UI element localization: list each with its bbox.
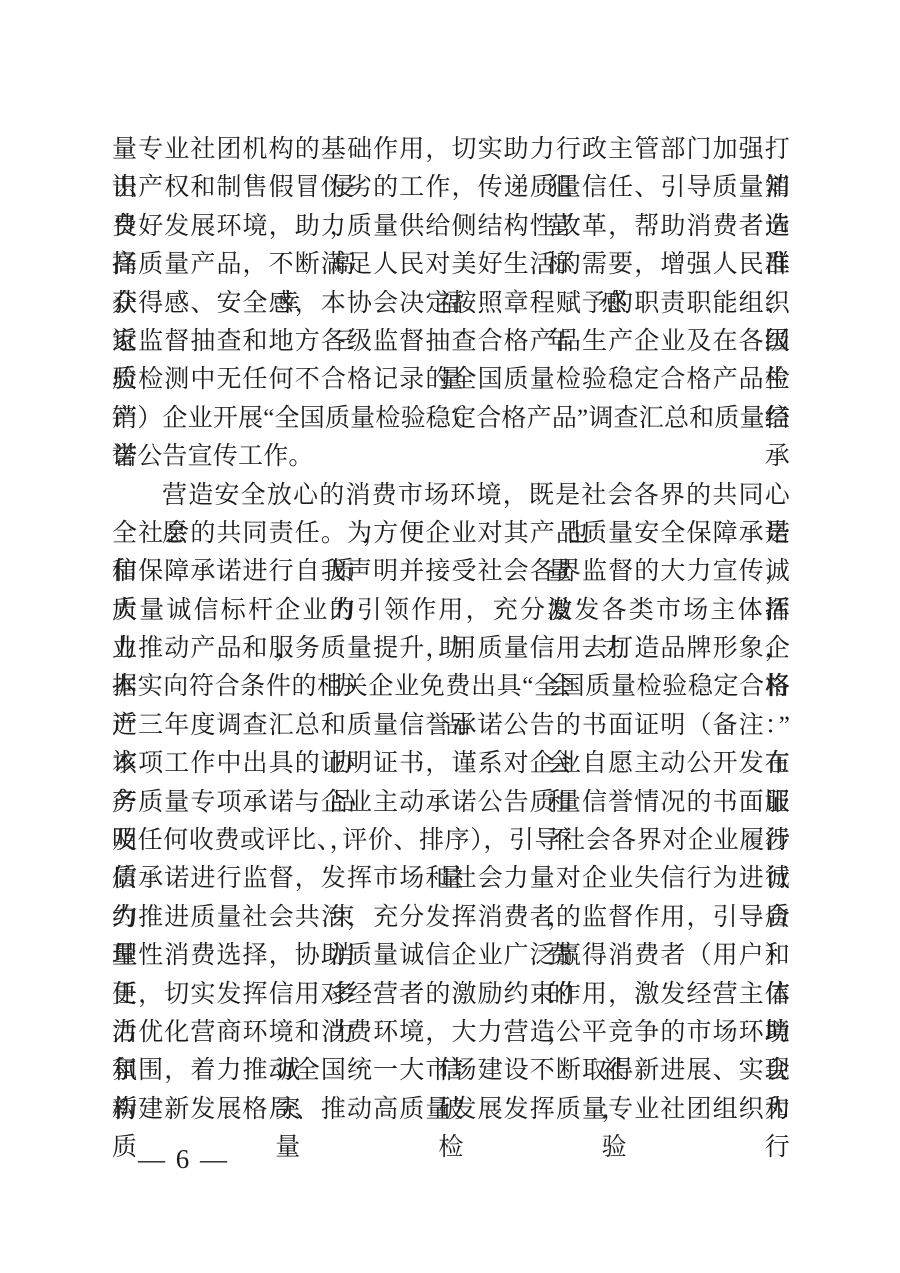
text-line: 量专业社团机构的基础作用，切实助力行政主管部门加强打击侵犯知 — [112, 131, 790, 169]
text-line: 任，切实发挥信用对经营者的激励约束作用，激发经营主体活力，助 — [112, 976, 790, 1014]
text-line: 销）企业开展“全国质量检验稳定合格产品”调查汇总和质量信誉承 — [112, 400, 790, 438]
text-line: 务质量专项承诺与企业主动承诺公告质量信誉情况的书面证明，不涉 — [112, 784, 790, 822]
text-line: 力推进质量社会共治，充分发挥消费者的监督作用，引导质量消费和 — [112, 899, 790, 937]
page-number: — 6 — — [138, 1142, 229, 1176]
text-line: 质量诚信标杆企业的引领作用，充分激发各类市场主体活力，助力企 — [112, 592, 790, 630]
text-line: 据实向符合条件的相关企业免费出具“全国质量检验稳定合格产品” — [112, 668, 790, 706]
text-line: 力优化营商环境和消费环境，大力营造公平竞争的市场环境和诚信社会 — [112, 1014, 790, 1052]
text-line: 业推动产品和服务质量提升，用质量信用去打造品牌形象，本协会将 — [112, 630, 790, 668]
text-line: 良好发展环境，助力质量供给侧结构性改革，帮助消费者选择高标准 — [112, 208, 790, 246]
document-page: 量专业社团机构的基础作用，切实助力行政主管部门加强打击侵犯知识产权和制售假冒伪劣… — [0, 0, 900, 1273]
text-line: 及任何收费或评比、评价、排序），引导社会各界对企业履行质量诚 — [112, 822, 790, 860]
text-line: 构建新发展格局、推动高质量发展发挥质量专业社团组织和质量检验行 — [112, 1091, 790, 1129]
text-line: 该项工作中出具的证明证书，谨系对企业自愿主动公开发布产品和服 — [112, 745, 790, 783]
text-line: 获得感、安全感，本协会决定按照章程赋予的职责职能组织近三年国 — [112, 285, 790, 323]
text-line: 近三年度调查汇总和质量信誉承诺公告的书面证明（备注：本协会在 — [112, 707, 790, 745]
text-line: 理性消费选择，协助质量诚信企业广泛赢得消费者（用户）更多的信 — [112, 937, 790, 975]
document-body: 量专业社团机构的基础作用，切实助力行政主管部门加强打击侵犯知识产权和制售假冒伪劣… — [112, 131, 790, 1129]
text-line: 高质量产品，不断满足人民对美好生活的需要，增强人民群众幸福感、 — [112, 246, 790, 284]
text-line: 验检测中无任何不合格记录的全国质量检验稳定合格产品生产（经 — [112, 361, 790, 399]
text-line: 识产权和制售假冒伪劣的工作，传递质量信任、引导质量消费，营造 — [112, 169, 790, 207]
text-line: 全社会的共同责任。为方便企业对其产品质量安全保障承诺和质量诚 — [112, 515, 790, 553]
text-line: 氛围，着力推动全国统一大市场建设不断取得新进展、实现新突破，为 — [112, 1052, 790, 1090]
text-line: 信保障承诺进行自我声明并接受社会各界监督的大力宣传，大力发挥 — [112, 553, 790, 591]
text-line: 营造安全放心的消费市场环境，既是社会各界的共同心愿，也是 — [112, 477, 790, 515]
text-line: 家监督抽查和地方各级监督抽查合格产品生产企业及在各级质量检 — [112, 323, 790, 361]
text-line: 信承诺进行监督，发挥市场和社会力量对企业失信行为进行约束，合 — [112, 860, 790, 898]
